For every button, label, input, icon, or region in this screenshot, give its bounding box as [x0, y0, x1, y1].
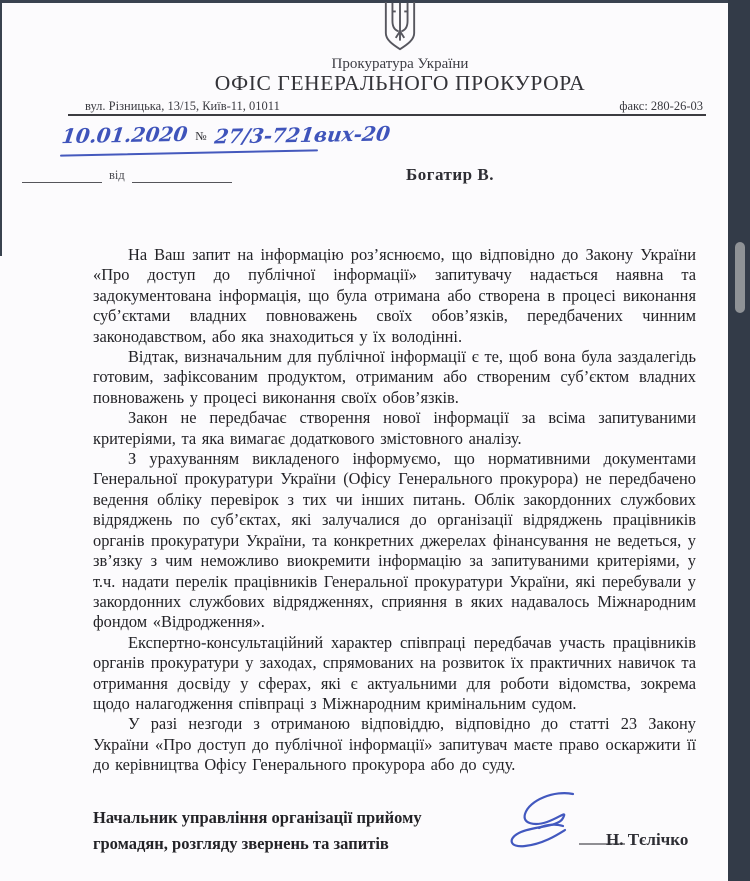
- org-name: ОФІС ГЕНЕРАЛЬНОГО ПРОКУРОРА: [65, 71, 735, 96]
- from-line: від: [22, 168, 232, 183]
- reference-line: 10.01.2020 № 27/3-721вих-20: [62, 123, 390, 147]
- signer-name: Н. Тєлічко: [606, 830, 688, 850]
- blank-field: [22, 169, 102, 183]
- handwritten-date: 10.01.2020: [60, 122, 189, 148]
- signer-title: Начальник управління організації прийому…: [93, 805, 483, 857]
- org-address: вул. Різницька, 13/15, Київ-11, 01011: [85, 99, 280, 114]
- addressee-name: Богатир В.: [406, 165, 494, 185]
- trident-emblem-icon: [383, 1, 417, 52]
- from-label: від: [109, 168, 125, 183]
- paragraph: Відтак, визначальним для публічної інфор…: [93, 347, 696, 408]
- handwriting-underline: [60, 149, 318, 156]
- paragraph: Закон не передбачає створення нової інфо…: [93, 408, 696, 449]
- paragraph: З урахуванням викладеного інформуємо, що…: [93, 449, 696, 633]
- viewer-top-edge: [0, 0, 750, 3]
- scrollbar-thumb[interactable]: [735, 242, 745, 313]
- blank-field: [132, 169, 232, 183]
- handwritten-signature-icon: [495, 788, 630, 863]
- address-row: вул. Різницька, 13/15, Київ-11, 01011 фа…: [85, 99, 703, 114]
- scrollbar-track[interactable]: [728, 0, 750, 881]
- document-viewer: { "header": { "emblem_icon": "ukraine-tr…: [0, 0, 750, 881]
- handwritten-number: 27/3-721вих-20: [213, 121, 391, 148]
- paragraph: Експертно-консультаційний характер співп…: [93, 633, 696, 715]
- paragraph: На Ваш запит на інформацію роз’яснюємо, …: [93, 245, 696, 347]
- number-sign: №: [195, 129, 206, 143]
- paragraph: У разі незгоди з отриманою відповіддю, в…: [93, 714, 696, 775]
- header-divider: [68, 114, 706, 116]
- letter-body: На Ваш запит на інформацію роз’яснюємо, …: [93, 245, 696, 776]
- viewer-left-edge: [0, 0, 2, 256]
- org-fax: факс: 280-26-03: [619, 99, 703, 114]
